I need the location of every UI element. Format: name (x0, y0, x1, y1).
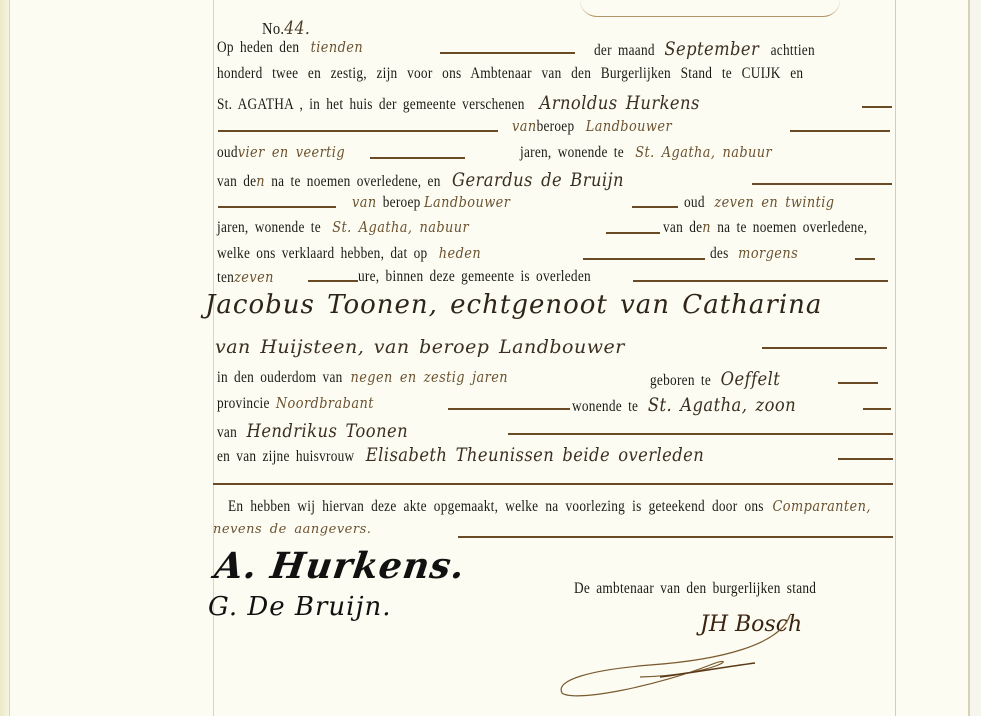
signature-informant2: G. De Bruijn. (208, 592, 392, 622)
print-text: van (217, 424, 237, 441)
handwritten-age1: vier en veertig (238, 143, 345, 161)
handwritten-informant2: Gerardus de Bruijn (452, 169, 624, 191)
handwritten-province: Noordbrabant (276, 394, 374, 412)
line-occupation1: vanberoep Landbouwer (512, 117, 672, 136)
line-died-text: ure, binnen deze gemeente is overleden (358, 268, 591, 286)
fill-rule (218, 130, 498, 132)
print-text: beroep (537, 118, 575, 135)
print-text: geboren te (650, 372, 711, 389)
fill-rule (838, 382, 878, 384)
fill-rule (458, 536, 893, 538)
line-declared: welke ons verklaard hebben, dat op heden (217, 244, 481, 263)
right-text-margin-rule (895, 0, 896, 716)
fill-rule (752, 183, 892, 185)
handwritten-informant1: Arnoldus Hurkens (540, 92, 700, 114)
fill-rule (790, 130, 890, 132)
line-year-official: honderd twee en zestig, zijn voor ons Am… (217, 65, 803, 83)
handwritten-signers: Comparanten, (773, 497, 871, 515)
line-residence2: jaren, wonende te St. Agatha, nabuur (217, 218, 469, 237)
line-hour: tenzeven (217, 268, 274, 287)
fill-rule (308, 280, 358, 282)
fill-rule (855, 258, 875, 260)
line-mother: en van zijne huisvrouw Elisabeth Theunis… (217, 444, 704, 466)
record-number: No.44. (262, 18, 310, 39)
fill-rule (606, 232, 660, 234)
handwritten-residence2: St. Agatha, nabuur (332, 218, 469, 236)
signature-informant1: A. Hurkens. (212, 545, 468, 587)
handwritten-deceased-details: van Huijsteen, van beroep Landbouwer (215, 336, 625, 358)
print-text: wonende te (572, 398, 638, 415)
print-text: ten (217, 269, 234, 286)
print-text: na te noemen overledene, (717, 219, 867, 236)
bleed-through-flourish (580, 0, 840, 17)
fill-rule (370, 157, 465, 159)
line-birthplace: geboren te Oeffelt (650, 368, 780, 390)
line-deceased-ref: van den na te noemen overledene, (663, 218, 867, 237)
handwritten-father: Hendrikus Toonen (247, 420, 408, 442)
line-month: der maand September achttien (594, 38, 815, 60)
handwritten-occupation2: Landbouwer (424, 193, 510, 211)
handwritten-month: September (664, 38, 759, 60)
fill-rule (762, 347, 887, 349)
line-province: provincie Noordbrabant (217, 394, 374, 413)
print-text: in den ouderdom van (217, 369, 343, 386)
print-text: van de (663, 219, 702, 236)
handwritten-deceased-age: negen en zestig jaren (350, 368, 508, 386)
line-age2: oud zeven en twintig (684, 193, 834, 212)
section-divider (213, 483, 893, 485)
print-text: jaren, wonende te (217, 219, 321, 236)
fill-rule (633, 280, 888, 282)
fill-rule (448, 408, 570, 410)
line-informant2: van den na te noemen overledene, en Gera… (217, 169, 624, 191)
handwritten-time-of-day: morgens (738, 244, 798, 262)
print-text: jaren, wonende te (520, 144, 624, 161)
handwritten-occupation1: Landbouwer (586, 117, 672, 135)
line-deceased-residence: wonende te St. Agatha, zoon (572, 394, 796, 416)
handwritten-text: n (256, 172, 265, 190)
line-date: Op heden den tienden (217, 38, 363, 57)
print-text: en van zijne huisvrouw (217, 448, 354, 465)
handwritten-hour: zeven (234, 268, 274, 286)
print-text: St. AGATHA , in het huis der gemeente ve… (217, 96, 525, 113)
line-occupation2: van beroepLandbouwer (352, 193, 510, 212)
handwritten-day: tienden (311, 38, 363, 56)
line-closing-statement: En hebben wij hiervan deze akte opgemaak… (228, 497, 871, 516)
print-text: na te noemen overledene, en (271, 173, 440, 190)
fill-rule (632, 206, 678, 208)
handwritten-signers-cont: nevens de aangevers. (213, 522, 371, 537)
print-text: der maand (594, 42, 655, 59)
line-age1: oudvier en veertig (217, 143, 345, 162)
fill-rule (440, 52, 575, 54)
fill-rule (863, 408, 891, 410)
print-text: beroep (383, 194, 421, 211)
fill-rule (218, 206, 336, 208)
print-text: Op heden den (217, 39, 299, 56)
record-number-value: 44. (284, 18, 310, 39)
handwritten-deceased-name: Jacobus Toonen, echtgenoot van Catharina (205, 290, 822, 320)
handwritten-text: n (702, 218, 711, 236)
handwritten-mother: Elisabeth Theunissen beide overleden (366, 444, 704, 466)
print-text: provincie (217, 395, 270, 412)
handwritten-residence1: St. Agatha, nabuur (635, 143, 772, 161)
handwritten-birthplace: Oeffelt (721, 368, 781, 390)
page-right-strip (970, 0, 981, 716)
print-text: des (710, 245, 729, 262)
official-signature-label: De ambtenaar van den burgerlijken stand (574, 580, 816, 598)
print-text: oud (217, 144, 238, 161)
signature-flourish-icon (550, 605, 850, 700)
handwritten-death-day: heden (439, 244, 481, 262)
line-time-of-day: des morgens (710, 244, 798, 263)
print-text: En hebben wij hiervan deze akte opgemaak… (228, 498, 764, 515)
left-binding-rule (9, 0, 10, 716)
handwritten-text: van (512, 117, 537, 135)
print-text: oud (684, 194, 705, 211)
record-number-label: No. (262, 19, 284, 38)
fill-rule (508, 433, 893, 435)
print-text: achttien (771, 42, 815, 59)
print-text: van de (217, 173, 256, 190)
fill-rule (583, 258, 705, 260)
fill-rule (838, 458, 893, 460)
fill-rule (862, 106, 892, 108)
handwritten-deceased-residence: St. Agatha, zoon (648, 394, 796, 416)
line-appeared: St. AGATHA , in het huis der gemeente ve… (217, 92, 700, 114)
handwritten-text: van (352, 193, 377, 211)
line-father: van Hendrikus Toonen (217, 420, 408, 442)
handwritten-age2: zeven en twintig (714, 193, 834, 211)
line-deceased-age: in den ouderdom van negen en zestig jare… (217, 368, 508, 387)
line-residence1: jaren, wonende te St. Agatha, nabuur (520, 143, 772, 162)
print-text: welke ons verklaard hebben, dat op (217, 245, 427, 262)
document-page: No.44. Op heden den tienden der maand Se… (0, 0, 981, 716)
